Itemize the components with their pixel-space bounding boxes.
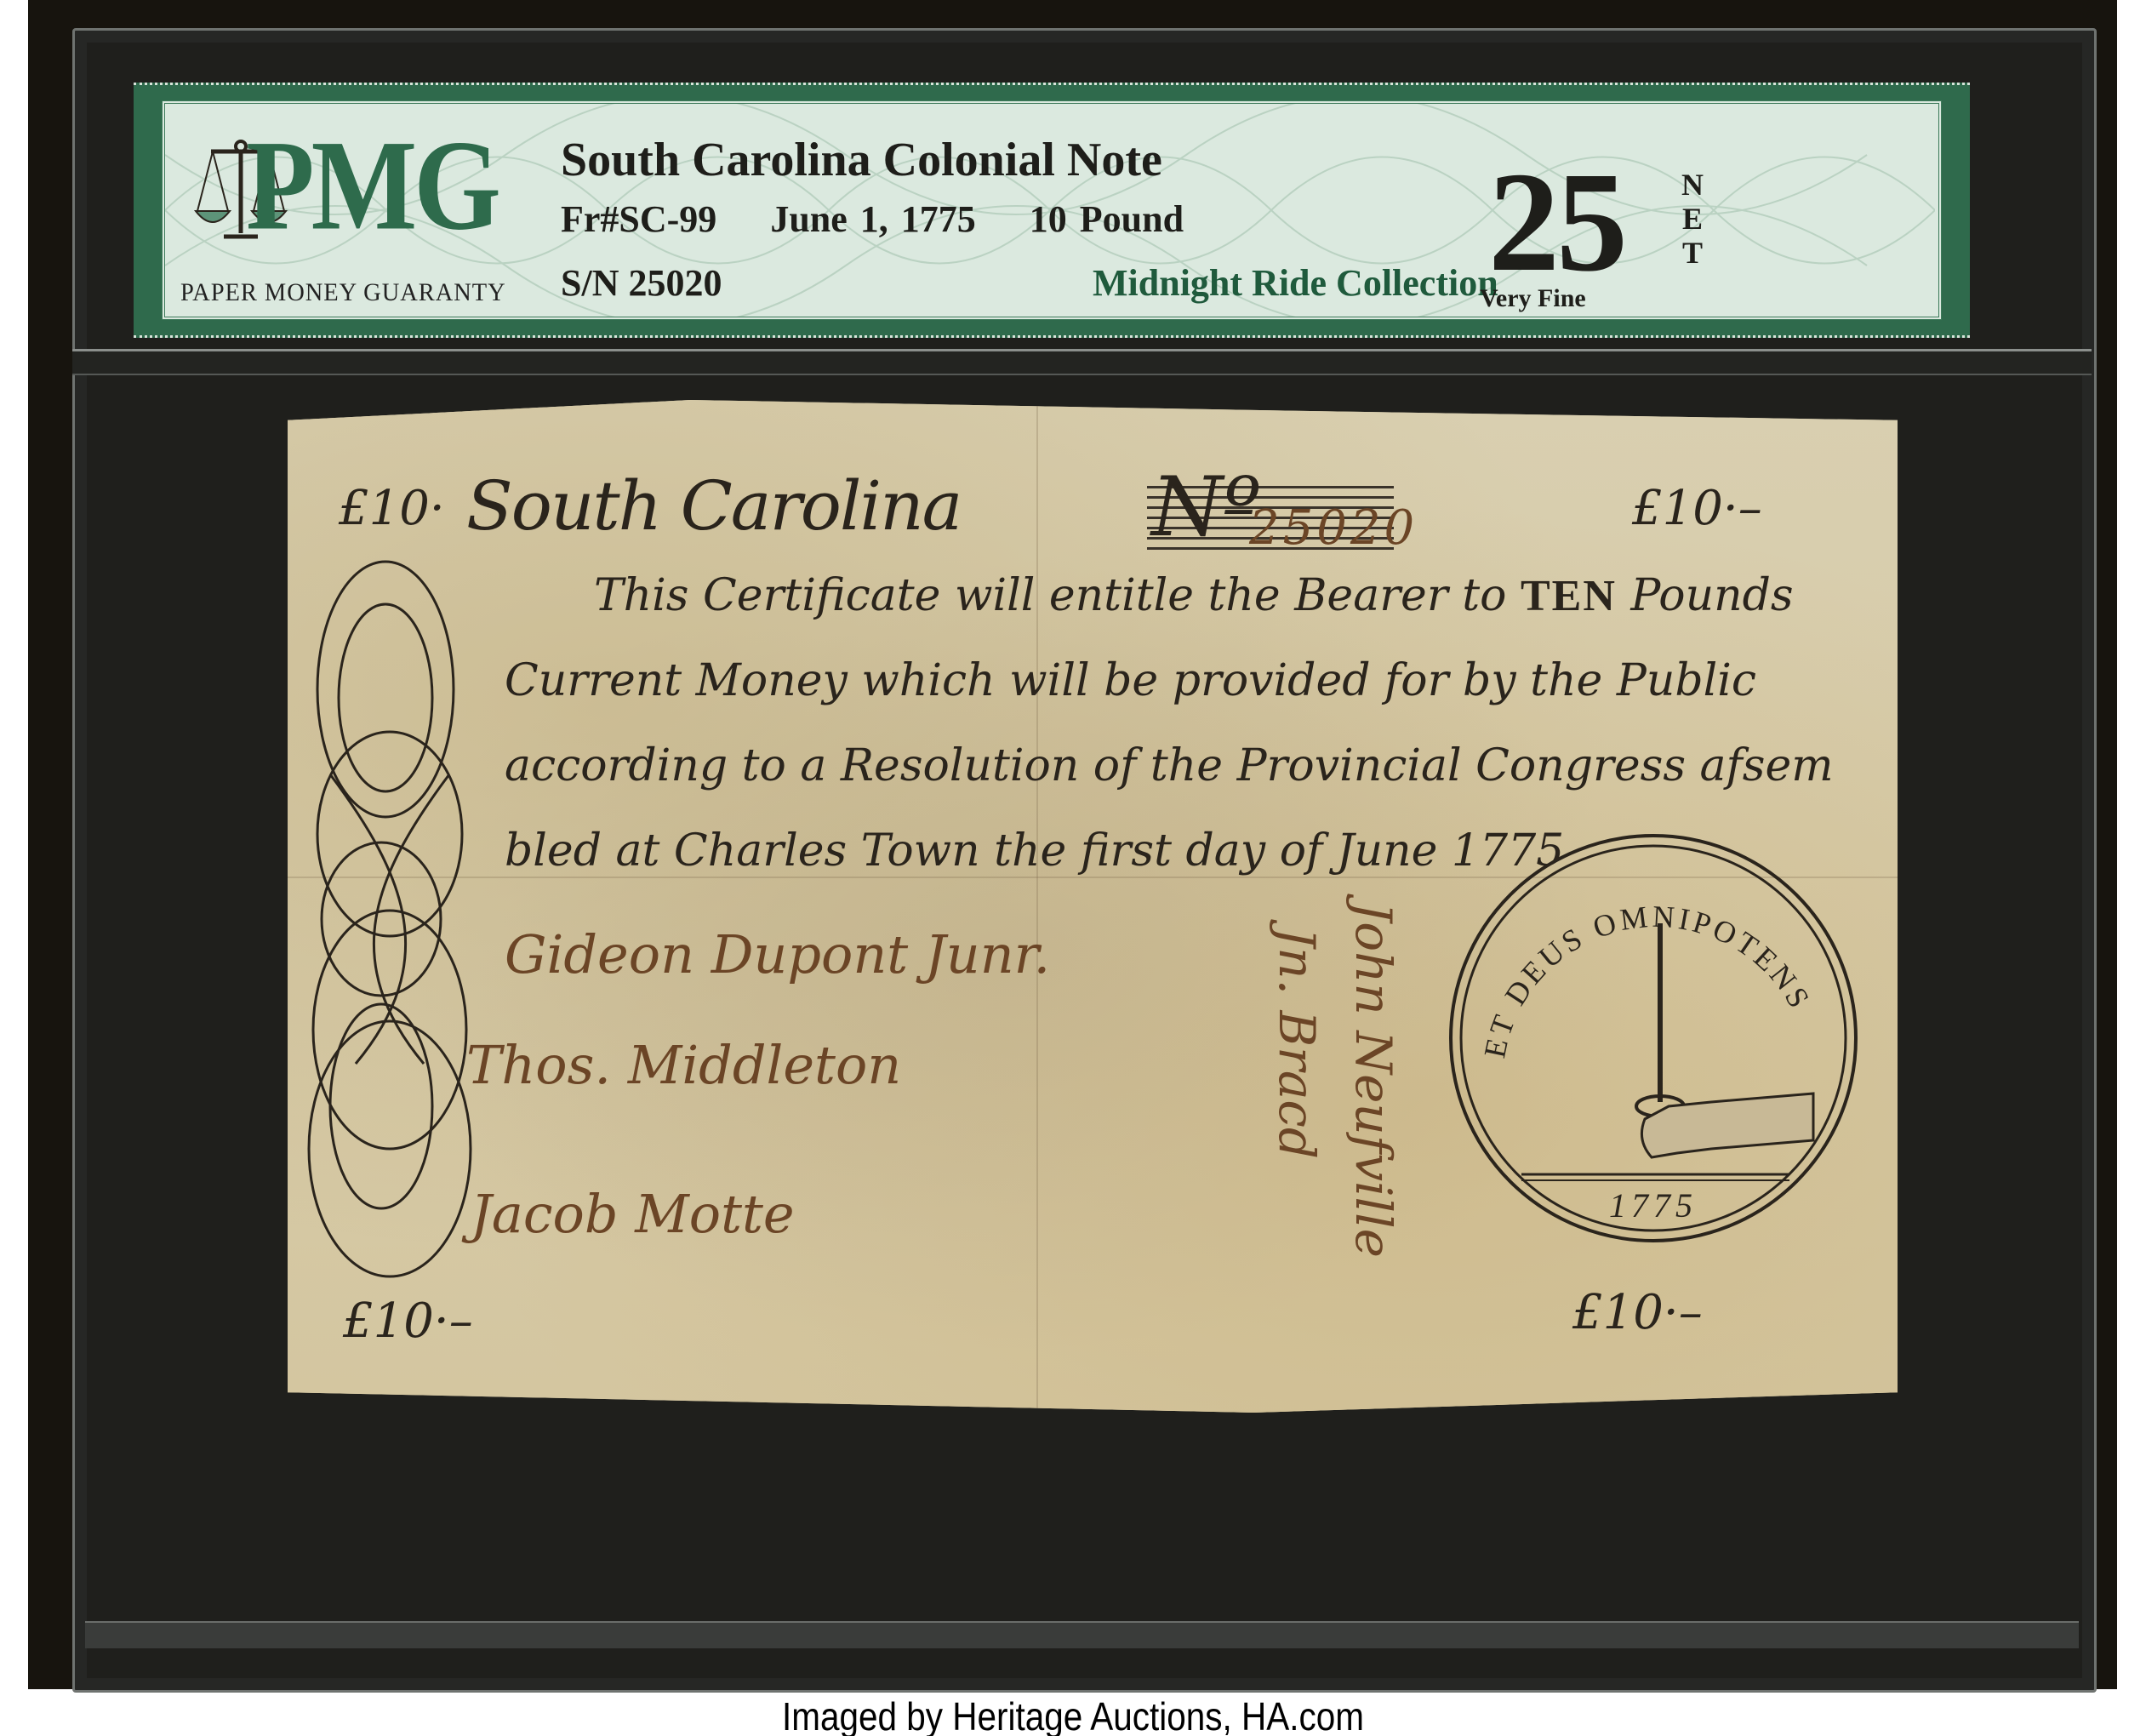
denomination: 10 Pound	[1030, 198, 1184, 240]
handwritten-serial: 25020	[1249, 500, 1418, 556]
signature: Thos. Middleton	[466, 1034, 901, 1096]
corner-denomination-bottom-right: £10·–	[1572, 1285, 1703, 1340]
corner-denomination-bottom-left: £10·–	[343, 1293, 473, 1349]
grading-label: PMG PAPER MONEY GUARANTY South Carolina …	[134, 83, 1970, 338]
holder-seal-divider	[72, 349, 2092, 375]
vertical-signature: John Neufville	[1344, 902, 1402, 1258]
pmg-brand-logo: PMG	[246, 121, 498, 250]
vertical-signature: Jn. Bracd	[1268, 928, 1326, 1159]
note-text-line: This Certificate will entitle the Bearer…	[594, 570, 1794, 621]
issue-date: June 1, 1775	[770, 198, 975, 240]
brand-full-name: PAPER MONEY GUARANTY	[180, 278, 506, 307]
note-title: South Carolina Colonial Note	[561, 133, 1162, 187]
svg-text:1775: 1775	[1609, 1186, 1698, 1225]
number-prefix: Nº	[1151, 460, 1261, 555]
note-text-line: according to a Resolution of the Provinc…	[505, 740, 1834, 791]
catalog-number: Fr#SC-99	[561, 198, 716, 240]
colonial-banknote: £10· South Carolina Nº 25020 £10·– This …	[288, 400, 1898, 1413]
note-text-line: Current Money which will be provided for…	[505, 655, 1756, 706]
note-details: Fr#SC-99 June 1, 1775 10 Pound	[561, 197, 1224, 241]
holder-bottom-edge	[85, 1621, 2079, 1648]
fold-line	[1036, 400, 1038, 1413]
calligraphic-flourish-ornament	[305, 553, 475, 1285]
signature: Jacob Motte	[471, 1183, 795, 1245]
svg-text:ET DEUS OMNIPOTENS: ET DEUS OMNIPOTENS	[1477, 899, 1818, 1061]
grade-number: 25	[1488, 151, 1624, 294]
label-panel: PMG PAPER MONEY GUARANTY South Carolina …	[162, 100, 1942, 320]
image-credit-caption: Imaged by Heritage Auctions, HA.com	[128, 1693, 2017, 1736]
corner-denomination-top-right: £10·–	[1632, 481, 1762, 536]
serial-number: S/N 25020	[561, 261, 722, 305]
signature: Gideon Dupont Junr.	[505, 923, 1050, 985]
grade-qualifier: NET	[1680, 168, 1705, 270]
collection-name: Midnight Ride Collection	[1093, 261, 1498, 305]
note-heading: South Carolina	[466, 466, 961, 545]
note-text-line: bled at Charles Town the first day of Ju…	[505, 825, 1564, 877]
seal-sword-in-hand-icon: ET DEUS OMNIPOTENS 1775	[1445, 830, 1862, 1247]
corner-denomination-top-left: £10·	[339, 481, 445, 536]
grade-description: Very Fine	[1480, 284, 1586, 313]
